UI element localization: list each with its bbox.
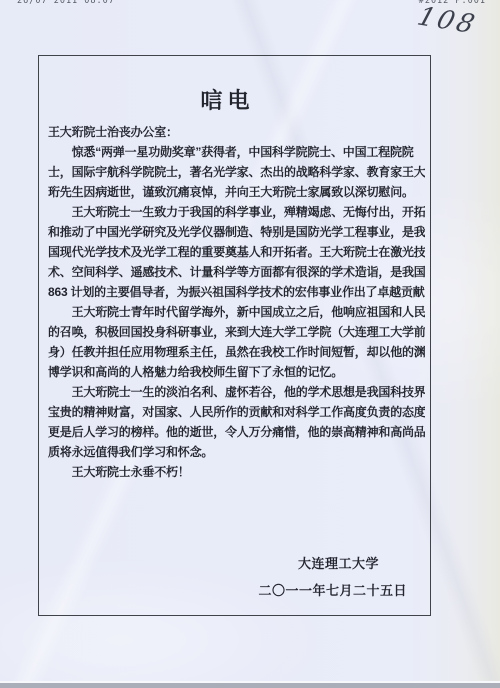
letter-border-frame: 唁电 王大珩院士治丧办公室： 惊悉“两弹一星功勋奖章”获得者，中国科学院院士、中… (38, 55, 431, 616)
letter-line: 质将永远值得我们学习和怀念。 (48, 442, 425, 462)
letter-line: 更是后人学习的榜样。他的逝世，令人万分痛惜，他的崇高精神和高尚品 (48, 422, 425, 442)
letter-line-slogan: 王大珩院士永垂不朽！ (48, 462, 425, 482)
letter-line: 的召唤，积极回国投身科研事业，来到大连大学工学院（大连理工大学前 (48, 322, 425, 342)
letter-line: 和推动了中国光学研究及光学仪器制造、特别是国防光学工程事业，是我 (48, 222, 425, 242)
letter-line: 士，国际宇航科学院院士，著名光学家、杰出的战略科学家、教育家王大 (48, 162, 425, 182)
fax-timestamp: 26/07 2011 08:07 (17, 0, 115, 8)
letter-line: 宝贵的精神财富，对国家、人民所作的贡献和对科学工作高度负责的态度 (48, 402, 425, 422)
scan-edge-strip (0, 683, 500, 688)
letter-line: 国现代光学技术及光学工程的重要奠基人和开拓者。王大珩院士在激光技 (48, 242, 425, 262)
signature-organization: 大连理工大学 (298, 553, 379, 572)
letter-line: 珩先生因病逝世，谨致沉痛哀悼，并向王大珩院士家属致以深切慰问。 (48, 182, 425, 202)
signature-date: 二〇一一年七月二十五日 (258, 580, 407, 599)
letter-title: 唁电 (39, 84, 416, 115)
letter-body: 王大珩院士治丧办公室： 惊悉“两弹一星功勋奖章”获得者，中国科学院院士、中国工程… (48, 122, 425, 482)
letter-line: 术、空间科学、遥感技术、计量科学等方面都有很深的学术造诣，是我国 (48, 262, 425, 282)
letter-line: 身）任教并担任应用物理系主任，虽然在我校工作时间短暂，却以他的渊 (48, 342, 425, 362)
letter-line-salutation: 王大珩院士治丧办公室： (48, 122, 425, 142)
letter-line: 王大珩院士一生的淡泊名利、虚怀若谷，他的学术思想是我国科技界 (48, 382, 425, 402)
letter-line: 863 计划的主要倡导者，为振兴祖国科学技术的宏伟事业作出了卓越贡献。 (48, 282, 425, 302)
letter-line: 博学识和高尚的人格魅力给我校师生留下了永恒的记忆。 (48, 362, 425, 382)
letter-line: 王大珩院士一生致力于我国的科学事业，殚精竭虑、无悔付出，开拓 (48, 202, 425, 222)
scanned-letter-page: 26/07 2011 08:07 #2012 P.001 108 唁电 王大珩院… (0, 0, 500, 688)
letter-line: 惊悉“两弹一星功勋奖章”获得者，中国科学院院士、中国工程院院 (48, 142, 425, 162)
letter-line: 王大珩院士青年时代留学海外，新中国成立之后，他响应祖国和人民 (48, 302, 425, 322)
